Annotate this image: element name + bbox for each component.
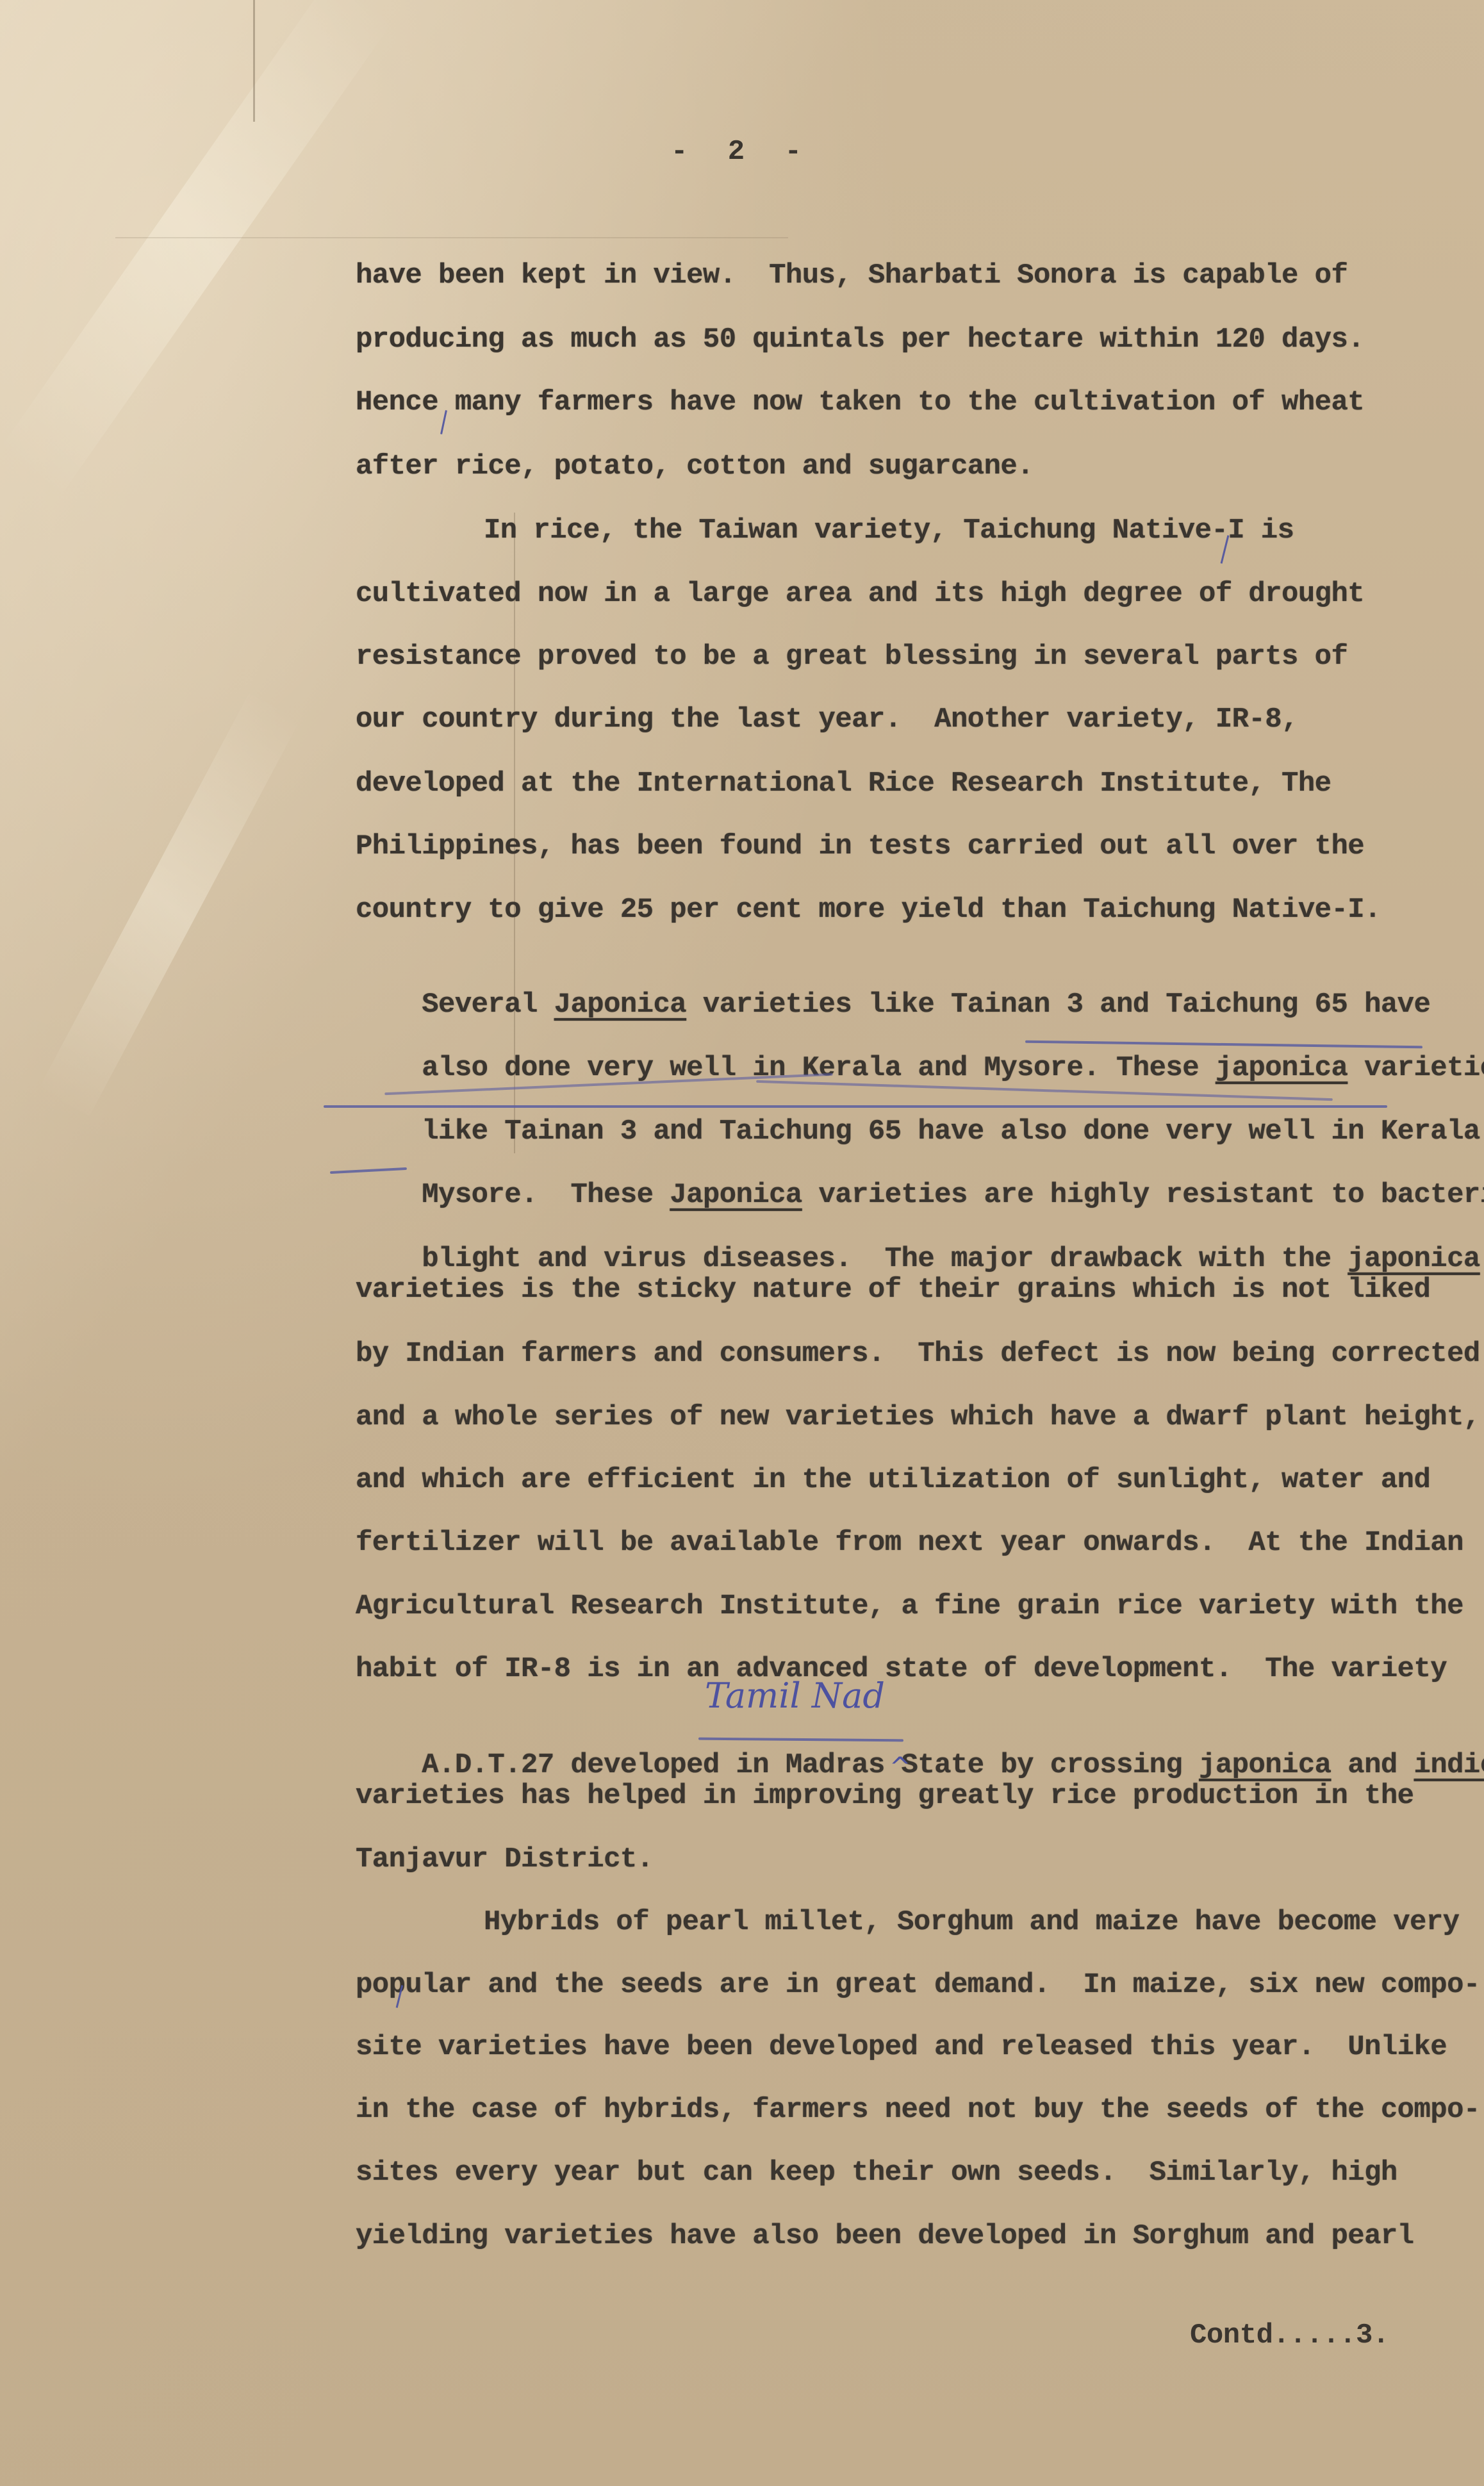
text-segment: A.D.T.27 developed in: [422, 1749, 786, 1781]
text-line: and a whole series of new varieties whic…: [356, 1401, 1480, 1433]
text-line: sites every year but can keep their own …: [356, 2157, 1397, 2189]
text-line: Philippines, has been found in tests car…: [356, 830, 1364, 862]
text-line: varieties has helped in improving greatl…: [356, 1780, 1414, 1812]
underlined-term: Japonica: [670, 1179, 802, 1211]
text-line: have been kept in view. Thus, Sharbati S…: [356, 259, 1348, 292]
struck-underlined-term: japonica: [1216, 1052, 1348, 1084]
continuation-note: Contd.....3.: [1190, 2319, 1389, 2351]
text-segment: varieties are highly resistant to bacter…: [802, 1179, 1484, 1211]
text-line: after rice, potato, cotton and sugarcane…: [356, 450, 1034, 482]
text-segment: by crossing: [984, 1749, 1199, 1781]
text-line: and which are efficient in the utilizati…: [356, 1464, 1430, 1496]
text-line: our country during the last year. Anothe…: [356, 704, 1298, 736]
struck-segment: These: [1116, 1052, 1216, 1084]
paper-fold-highlight: [0, 0, 394, 493]
underlined-term: japonica: [1199, 1749, 1331, 1781]
text-segment: varieties like Tainan 3 and Taichung 65 …: [686, 989, 1430, 1021]
struck-text: Mysore: [422, 1179, 521, 1211]
paper-crease: [115, 237, 788, 238]
document-page: - 2 - have been kept in view. Thus, Shar…: [0, 0, 1484, 2486]
pen-strikethrough: [324, 1105, 1387, 1108]
text-line: yielding varieties have also been develo…: [356, 2220, 1414, 2252]
text-line: by Indian farmers and consumers. This de…: [356, 1338, 1480, 1370]
text-line: fertilizer will be available from next y…: [356, 1527, 1463, 1559]
text-line: In rice, the Taiwan variety, Taichung Na…: [484, 514, 1294, 547]
text-line: Hence many farmers have now taken to the…: [356, 386, 1364, 418]
text-line: Tanjavur District.: [356, 1843, 653, 1875]
text-line: popular and the seeds are in great deman…: [356, 1969, 1480, 2001]
text-segment: Several: [422, 989, 554, 1021]
underlined-term: japonica: [1348, 1243, 1480, 1275]
text-segment: blight and virus diseases. The major dra…: [422, 1243, 1348, 1275]
struck-text: These japonica varieties: [1116, 1052, 1484, 1084]
underlined-term: indica: [1414, 1749, 1484, 1781]
text-line: producing as much as 50 quintals per hec…: [356, 324, 1364, 356]
text-segment: and: [1331, 1749, 1414, 1781]
text-segment: also done very well in Kerala and Mysore…: [422, 1052, 1116, 1084]
text-line: varieties is the sticky nature of their …: [356, 1274, 1430, 1306]
handwritten-insertion: Tamil Nad: [705, 1675, 885, 1716]
paper-fold-highlight: [38, 693, 300, 1116]
text-line: developed at the International Rice Rese…: [356, 768, 1331, 800]
struck-text: like Tainan 3 and Taichung 65 have also …: [422, 1115, 1480, 1148]
underlined-term: Japonica: [554, 989, 686, 1021]
text-line: Agricultural Research Institute, a fine …: [356, 1590, 1463, 1622]
struck-text: Madras State: [786, 1749, 984, 1781]
paper-crease: [253, 0, 255, 122]
text-line: resistance proved to be a great blessing…: [356, 641, 1348, 673]
text-line: country to give 25 per cent more yield t…: [356, 894, 1381, 926]
text-line: in the case of hybrids, farmers need not…: [356, 2094, 1480, 2126]
text-line: habit of IR-8 is in an advanced state of…: [356, 1653, 1447, 1685]
text-line: site varieties have been developed and r…: [356, 2031, 1447, 2063]
page-number: - 2 -: [0, 136, 1484, 168]
insertion-caret: ^: [889, 1752, 911, 1782]
text-segment: . These: [521, 1179, 670, 1211]
text-line: cultivated now in a large area and its h…: [356, 578, 1364, 610]
struck-segment: varieties: [1348, 1052, 1484, 1084]
text-line: Hybrids of pearl millet, Sorghum and mai…: [484, 1906, 1459, 1938]
text-segment: and: [1480, 1115, 1484, 1148]
